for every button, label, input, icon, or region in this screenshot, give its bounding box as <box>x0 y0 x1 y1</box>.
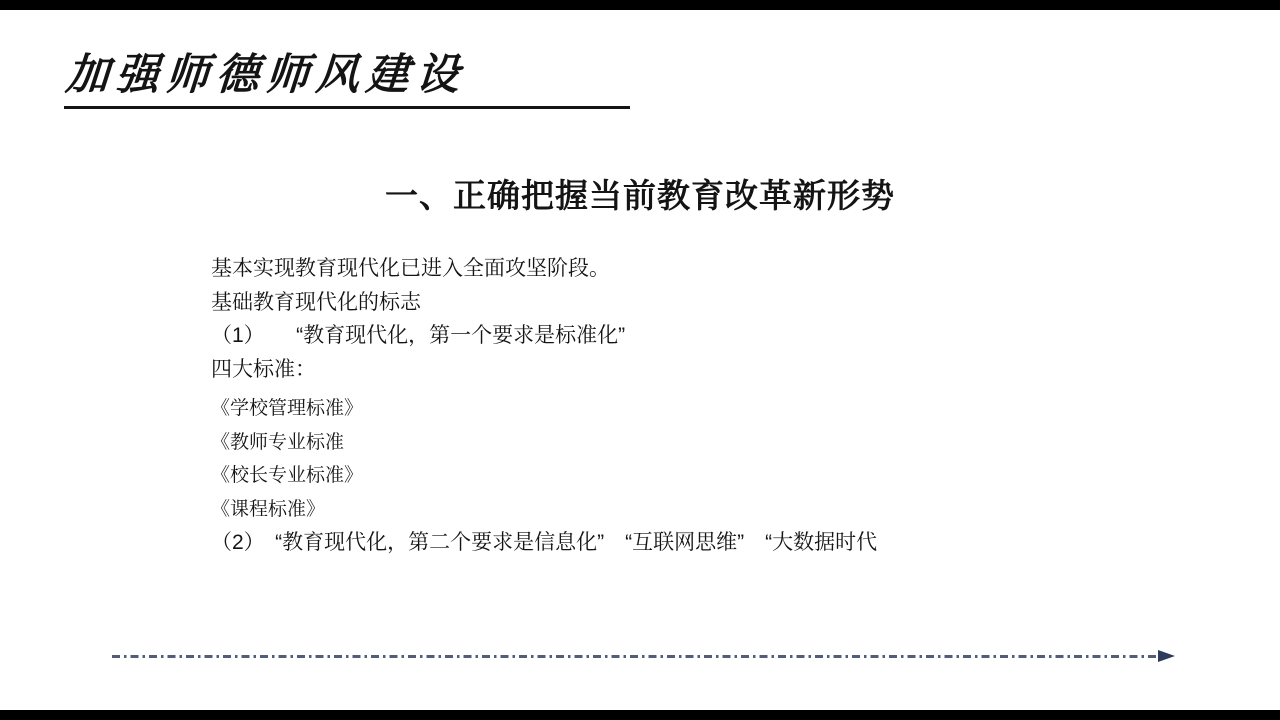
slide-corner-title: 加强师德师风建设 <box>64 46 468 104</box>
body-line-3: （1） “教育现代化，第一个要求是标准化” <box>211 319 1171 353</box>
dash-dot-divider-line <box>112 655 1158 658</box>
section-heading: 一、正确把握当前教育改革新形势 <box>0 170 1280 217</box>
body-line-9: （2） “教育现代化，第二个要求是信息化” “互联网思维” “大数据时代 <box>211 526 1171 560</box>
body-line-5: 《学校管理标准》 <box>211 392 1171 426</box>
body-line-2: 基础教育现代化的标志 <box>211 286 1171 320</box>
letterbox-top-bar <box>0 0 1280 10</box>
body-text-block: 基本实现教育现代化已进入全面攻坚阶段。 基础教育现代化的标志 （1） “教育现代… <box>211 252 1171 560</box>
body-line-8: 《课程标准》 <box>211 493 1171 527</box>
body-line-6: 《教师专业标准 <box>211 426 1171 460</box>
letterbox-bottom-bar <box>0 710 1280 720</box>
arrow-right-icon <box>1158 650 1175 662</box>
body-line-7: 《校长专业标准》 <box>211 459 1171 493</box>
title-underline <box>64 106 630 109</box>
body-line-1: 基本实现教育现代化已进入全面攻坚阶段。 <box>211 252 1171 286</box>
slide-canvas: 加强师德师风建设 一、正确把握当前教育改革新形势 基本实现教育现代化已进入全面攻… <box>0 0 1280 720</box>
body-line-4: 四大标准： <box>211 353 1171 387</box>
